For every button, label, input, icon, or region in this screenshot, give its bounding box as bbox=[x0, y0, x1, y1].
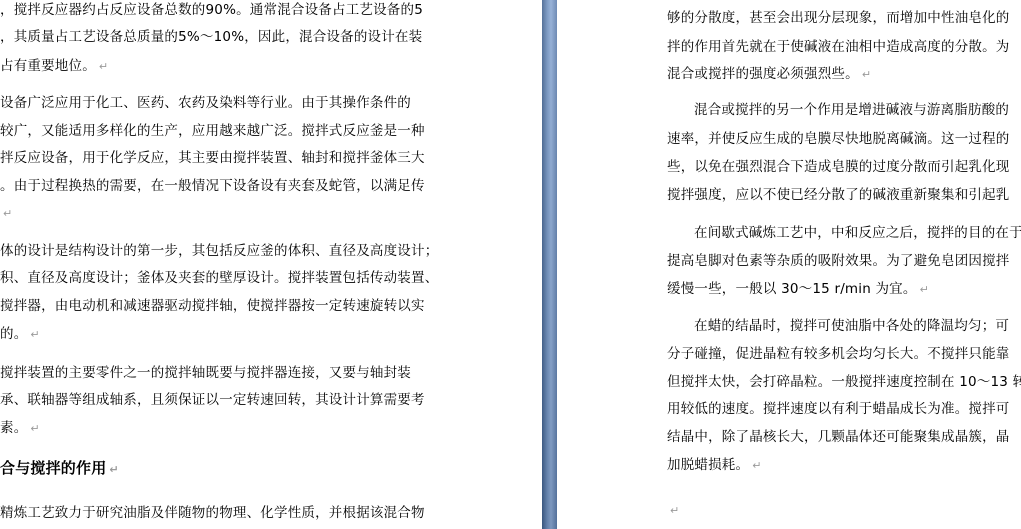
text-run: 设备广泛应用于化工、医药、农药及染料等行业。由于其操作条件的 bbox=[0, 95, 411, 111]
text-line: ↵ bbox=[0, 205, 12, 222]
text-line: 够的分散度，甚至会出现分层现象，而增加中性油皂化的 bbox=[667, 10, 1010, 26]
text-run: 些，以免在强烈混合下造成皂膜的过度分散而引起乳化现 bbox=[667, 159, 1010, 175]
text-line: 分子碰撞，促进晶粒有较多机会均匀长大。不搅拌只能靠 bbox=[667, 346, 1010, 362]
text-line: 用较低的速度。搅拌速度以有利于蜡晶成长为准。搅拌可 bbox=[667, 401, 1010, 417]
text-run: 体的设计是结构设计的第一步，其包括反应釜的体积、直径及高度设计； bbox=[0, 243, 438, 259]
text-line: 占有重要地位。↵ bbox=[0, 58, 108, 75]
text-line: 精炼工艺致力于研究油脂及伴随物的物理、化学性质，并根据该混合物 bbox=[0, 505, 425, 521]
text-run: 够的分散度，甚至会出现分层现象，而增加中性油皂化的 bbox=[667, 10, 1010, 26]
document-page-right[interactable]: 够的分散度，甚至会出现分层现象，而增加中性油皂化的拌的作用首先就在于使碱液在油相… bbox=[557, 0, 1021, 529]
text-run: ，搅拌反应器约占反应设备总数的90%。通常混合设备占工艺设备的5 bbox=[0, 2, 423, 18]
text-run: 占有重要地位。 bbox=[0, 58, 96, 74]
paragraph-mark-icon: ↵ bbox=[920, 283, 929, 296]
text-line: 拌反应设备，用于化学反应，其主要由搅拌装置、轴封和搅拌釜体三大 bbox=[0, 150, 425, 166]
text-line: 结晶中，除了晶核长大，几颗晶体还可能聚集成晶簇，晶 bbox=[667, 429, 1010, 445]
text-line: 在蜡的结晶时，搅拌可使油脂中各处的降温均匀；可 bbox=[694, 318, 1009, 334]
text-line: ，搅拌反应器约占反应设备总数的90%。通常混合设备占工艺设备的5 bbox=[0, 2, 423, 18]
paragraph-mark-icon: ↵ bbox=[99, 60, 108, 73]
text-run: 速率，并使反应生成的皂膜尽快地脱离碱滴。这一过程的 bbox=[667, 131, 1010, 147]
text-run: 在蜡的结晶时，搅拌可使油脂中各处的降温均匀；可 bbox=[694, 318, 1009, 334]
text-line: 搅拌器，由电动机和减速器驱动搅拌轴，使搅拌器按一定转速旋转以实 bbox=[0, 298, 425, 314]
text-run: 提高皂脚对色素等杂质的吸附效果。为了避免皂团因搅拌 bbox=[667, 253, 1010, 269]
text-line: 些，以免在强烈混合下造成皂膜的过度分散而引起乳化现 bbox=[667, 159, 1010, 175]
page-gap-divider bbox=[542, 0, 557, 529]
text-run: 的。 bbox=[0, 326, 27, 342]
text-run: 搅拌装置的主要零件之一的搅拌轴既要与搅拌器连接，又要与轴封装 bbox=[0, 365, 411, 381]
text-run: 混合或搅拌的强度必须强烈些。 bbox=[667, 66, 859, 82]
text-run: 在间歇式碱炼工艺中，中和反应之后，搅拌的目的在于 bbox=[694, 225, 1021, 241]
text-line: 速率，并使反应生成的皂膜尽快地脱离碱滴。这一过程的 bbox=[667, 131, 1010, 147]
text-line: 。由于过程换热的需要，在一般情况下设备设有夹套及蛇管，以满足传 bbox=[0, 178, 425, 194]
text-run: 积、直径及高度设计；釜体及夹套的壁厚设计。搅拌装置包括传动装置、 bbox=[0, 270, 438, 286]
paragraph-mark-icon: ↵ bbox=[752, 459, 761, 472]
paragraph-mark-icon: ↵ bbox=[30, 422, 39, 435]
text-line: 但搅拌太快，会打碎晶粒。一般搅拌速度控制在 10～13 转 bbox=[667, 374, 1021, 390]
text-line: 搅拌装置的主要零件之一的搅拌轴既要与搅拌器连接，又要与轴封装 bbox=[0, 365, 411, 381]
text-run: 分子碰撞，促进晶粒有较多机会均匀长大。不搅拌只能靠 bbox=[667, 346, 1010, 362]
text-line: 素。↵ bbox=[0, 420, 40, 437]
text-line: 设备广泛应用于化工、医药、农药及染料等行业。由于其操作条件的 bbox=[0, 95, 411, 111]
text-run: 。由于过程换热的需要，在一般情况下设备设有夹套及蛇管，以满足传 bbox=[0, 178, 425, 194]
text-run: 精炼工艺致力于研究油脂及伴随物的物理、化学性质，并根据该混合物 bbox=[0, 505, 425, 521]
text-run: 加脱蜡损耗。 bbox=[667, 457, 749, 473]
text-run: 结晶中，除了晶核长大，几颗晶体还可能聚集成晶簇，晶 bbox=[667, 429, 1010, 445]
text-run: 用较低的速度。搅拌速度以有利于蜡晶成长为准。搅拌可 bbox=[667, 401, 1010, 417]
text-line: 混合或搅拌的另一个作用是增进碱液与游离脂肪酸的 bbox=[694, 102, 1009, 118]
text-line: 拌的作用首先就在于使碱液在油相中造成高度的分散。为 bbox=[667, 39, 1010, 55]
text-run: 搅拌强度，应以不使已经分散了的碱液重新聚集和引起乳 bbox=[667, 187, 1010, 203]
text-line: 缓慢一些，一般以 30～15 r/min 为宜。↵ bbox=[667, 281, 929, 298]
text-line: 较广，又能适用多样化的生产，应用越来越广泛。搅拌式反应釜是一种 bbox=[0, 123, 425, 139]
text-run: ，其质量占工艺设备总质量的5%～10%，因此，混合设备的设计在装 bbox=[0, 29, 422, 45]
text-line: 积、直径及高度设计；釜体及夹套的壁厚设计。搅拌装置包括传动装置、 bbox=[0, 270, 438, 286]
text-line: 承、联轴器等组成轴系，且须保证以一定转速回转，其设计计算需要考 bbox=[0, 392, 425, 408]
text-run: 合与搅拌的作用 bbox=[0, 459, 106, 477]
text-line: 搅拌强度，应以不使已经分散了的碱液重新聚集和引起乳 bbox=[667, 187, 1010, 203]
text-line: 体的设计是结构设计的第一步，其包括反应釜的体积、直径及高度设计； bbox=[0, 243, 438, 259]
text-line: 在间歇式碱炼工艺中，中和反应之后，搅拌的目的在于 bbox=[694, 225, 1021, 241]
text-run: 搅拌器，由电动机和减速器驱动搅拌轴，使搅拌器按一定转速旋转以实 bbox=[0, 298, 425, 314]
text-run: 缓慢一些，一般以 30～15 r/min 为宜。 bbox=[667, 281, 917, 297]
paragraph-mark-icon: ↵ bbox=[3, 207, 12, 220]
text-line: ，其质量占工艺设备总质量的5%～10%，因此，混合设备的设计在装 bbox=[0, 29, 422, 45]
paragraph-mark-icon: ↵ bbox=[862, 68, 871, 81]
text-run: 承、联轴器等组成轴系，且须保证以一定转速回转，其设计计算需要考 bbox=[0, 392, 425, 408]
text-run: 拌的作用首先就在于使碱液在油相中造成高度的分散。为 bbox=[667, 39, 1010, 55]
text-line: 加脱蜡损耗。↵ bbox=[667, 457, 762, 474]
text-line: 混合或搅拌的强度必须强烈些。↵ bbox=[667, 66, 871, 83]
text-line: 的。↵ bbox=[0, 326, 40, 343]
document-page-left[interactable]: ，搅拌反应器约占反应设备总数的90%。通常混合设备占工艺设备的5，其质量占工艺设… bbox=[0, 0, 542, 529]
text-run: 但搅拌太快，会打碎晶粒。一般搅拌速度控制在 10～13 转 bbox=[667, 374, 1021, 390]
paragraph-mark-icon: ↵ bbox=[109, 463, 118, 476]
text-line: 提高皂脚对色素等杂质的吸附效果。为了避免皂团因搅拌 bbox=[667, 253, 1010, 269]
text-run: 素。 bbox=[0, 420, 27, 436]
paragraph-mark-icon: ↵ bbox=[670, 504, 679, 517]
paragraph-mark-icon: ↵ bbox=[30, 328, 39, 341]
section-heading: 合与搅拌的作用↵ bbox=[0, 460, 119, 478]
text-run: 较广，又能适用多样化的生产，应用越来越广泛。搅拌式反应釜是一种 bbox=[0, 123, 425, 139]
text-run: 拌反应设备，用于化学反应，其主要由搅拌装置、轴封和搅拌釜体三大 bbox=[0, 150, 425, 166]
text-run: 混合或搅拌的另一个作用是增进碱液与游离脂肪酸的 bbox=[694, 102, 1009, 118]
text-line: ↵ bbox=[667, 502, 679, 519]
